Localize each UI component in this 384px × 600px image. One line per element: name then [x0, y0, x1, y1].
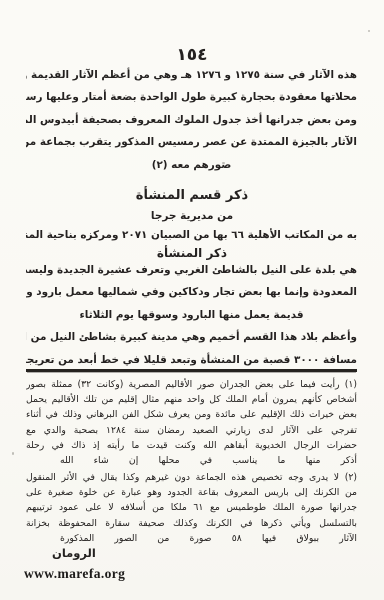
stats-line-block: به من المكاتب الأهلية ٦٦ بها من الصبيان … — [26, 224, 357, 246]
text-line: مسافة ٣٠٠٠ قصبة من المنشأة وتبعد قليلا ف… — [26, 349, 357, 371]
scan-speck — [222, 162, 225, 164]
footnote-2: (٢) لا يدرى وجه تخصيص هذه الجماعة دون غي… — [26, 470, 357, 546]
section-subheading: من مديرية جرجا — [0, 210, 384, 222]
footnote-line: حضرات الرجال الخديوية أبقاهم الله وكنت ق… — [26, 438, 357, 453]
scan-speck — [12, 452, 14, 455]
text-line: الآثار بالجيزة الممتدة عن عصر رمسيس المذ… — [26, 131, 357, 153]
footnote-line: الآثار ببولاق فيها ٥٨ صورة من الصور المذ… — [26, 531, 357, 546]
scanned-book-page: ١٥٤ هذه الآثار في سنة ١٢٧٥ و ١٢٧٦ هـ وهي… — [0, 0, 384, 600]
scan-speck — [368, 30, 370, 32]
footnote-separator-rule — [26, 369, 357, 372]
paragraph-town-description: هي بلدة على النيل بالشاطئ الغربي وتعرف ع… — [26, 259, 357, 371]
footnote-line: من الكرنك إلى باريس المعروف بقاعة الجدود… — [26, 485, 357, 500]
footnote-1: (١) رأيت فيما على بعض الجدران صور الأقال… — [26, 377, 357, 468]
footnote-line: أشخاص كأنهم يمرون أمام الملك كل واحد منه… — [26, 392, 357, 407]
footnote-line: أذكر منها ما يناسب في محلها إن شاء الله — [26, 453, 357, 468]
text-line: محلاتها معقودة بحجارة كبيرة طول الواحدة … — [26, 86, 357, 108]
text-line: قديمة يعمل منها البارود وسوقها يوم الثلا… — [26, 304, 357, 326]
footnote-line: (١) رأيت فيما على بعض الجدران صور الأقال… — [26, 377, 357, 392]
footnote-line: (٢) لا يدرى وجه تخصيص هذه الجماعة دون غي… — [26, 470, 357, 485]
text-line: وأعظم بلاد هذا القسم أخميم وهي مدينة كبي… — [26, 326, 357, 348]
catchword: الرومان — [52, 546, 96, 560]
marefa-watermark: www.marefa.org — [24, 566, 125, 582]
footnote-line: جدرانها صورة الملك طوطميس مع ٦١ ملكا من … — [26, 500, 357, 515]
text-line: المعدودة وإنما بها بعض تجار ودكاكين وفي … — [26, 281, 357, 303]
text-line: هي بلدة على النيل بالشاطئ الغربي وتعرف ع… — [26, 259, 357, 281]
footnote-line: بعض خيرات ذلك الإقليم على مائدة ومن يعرف… — [26, 407, 357, 422]
footnote-line: تفرجي على الآثار لدى زيارتي الصعيد رمضان… — [26, 423, 357, 438]
page-number: ١٥٤ — [0, 45, 384, 65]
footnote-line: بالتسلسل ويأتي ذكرها في الكرنك وكذلك صحي… — [26, 516, 357, 531]
section-heading: ذكر قسم المنشأة — [0, 188, 384, 203]
text-line: ومن بعض جدرانها أخذ جدول الملوك المعروف … — [26, 109, 357, 131]
text-line: صورهم معه (٢) — [26, 154, 357, 176]
subsection-heading: ذكر المنشأة — [0, 246, 384, 260]
paragraph-antiquities: هذه الآثار في سنة ١٢٧٥ و ١٢٧٦ هـ وهي من … — [26, 64, 357, 176]
text-line: هذه الآثار في سنة ١٢٧٥ و ١٢٧٦ هـ وهي من … — [26, 64, 357, 86]
stats-line: به من المكاتب الأهلية ٦٦ بها من الصبيان … — [26, 224, 357, 246]
